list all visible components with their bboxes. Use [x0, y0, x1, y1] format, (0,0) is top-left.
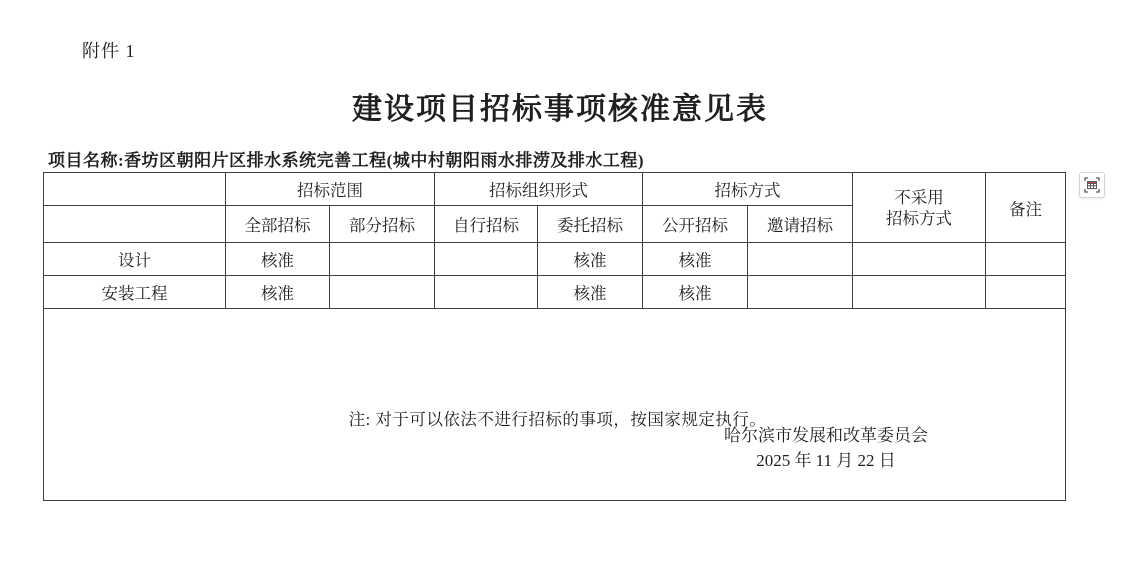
- table-cell: 核准: [226, 243, 330, 276]
- page-title: 建设项目招标事项核准意见表: [0, 84, 1120, 128]
- subheader-invited-bidding: 邀请招标: [748, 206, 853, 243]
- table-cell: [986, 276, 1066, 309]
- project-name-value: 香坊区朝阳片区排水系统完善工程(城中村朝阳雨水排涝及排水工程): [124, 151, 644, 170]
- subheader-open-bidding: 公开招标: [643, 206, 748, 243]
- table-cell: 核准: [226, 276, 330, 309]
- approval-table: 招标范围 招标组织形式 招标方式 不采用 招标方式 备注 全部招标 部分招标 自…: [43, 172, 1066, 501]
- table-cell: [748, 243, 853, 276]
- header-group-organization-form: 招标组织形式: [435, 173, 643, 206]
- subheader-entrusted-bidding: 委托招标: [538, 206, 643, 243]
- header-no-bidding-method: 不采用 招标方式: [853, 173, 986, 243]
- signature-authority: 哈尔滨市发展和改革委员会: [676, 423, 976, 448]
- select-table-icon: [1084, 177, 1100, 193]
- row-label-design: 设计: [44, 243, 226, 276]
- table-row-design: 设计 核准 核准 核准: [44, 243, 1066, 276]
- header-no-bidding-line1: 不采用: [853, 187, 985, 208]
- table-cell: [986, 243, 1066, 276]
- header-group-bidding-scope: 招标范围: [226, 173, 435, 206]
- table-cell: [435, 276, 538, 309]
- header-no-bidding-line2: 招标方式: [853, 208, 985, 229]
- header-empty-cell-bottom: [44, 206, 226, 243]
- header-remarks: 备注: [986, 173, 1066, 243]
- table-cell: [853, 243, 986, 276]
- signature-block: 哈尔滨市发展和改革委员会 2025 年 11 月 22 日: [676, 423, 976, 473]
- header-empty-cell-top: [44, 173, 226, 206]
- table-cell: 核准: [538, 243, 643, 276]
- table-cell: [853, 276, 986, 309]
- project-name-label: 项目名称:: [48, 151, 124, 170]
- table-cell: 核准: [643, 276, 748, 309]
- select-table-button[interactable]: [1079, 172, 1105, 198]
- subheader-full-bidding: 全部招标: [226, 206, 330, 243]
- subheader-self-bidding: 自行招标: [435, 206, 538, 243]
- table-cell: [748, 276, 853, 309]
- project-name-line: 项目名称:香坊区朝阳片区排水系统完善工程(城中村朝阳雨水排涝及排水工程): [48, 146, 644, 171]
- table-cell: [330, 276, 435, 309]
- attachment-label: 附件 1: [82, 37, 136, 63]
- note-cell: 注: 对于可以依法不进行招标的事项，按国家规定执行。 哈尔滨市发展和改革委员会 …: [44, 309, 1066, 501]
- table-cell: [435, 243, 538, 276]
- table-cell: 核准: [538, 276, 643, 309]
- signature-date: 2025 年 11 月 22 日: [676, 448, 976, 473]
- table-cell: [330, 243, 435, 276]
- table-row-installation: 安装工程 核准 核准 核准: [44, 276, 1066, 309]
- table-cell: 核准: [643, 243, 748, 276]
- document-page: 附件 1 建设项目招标事项核准意见表 项目名称:香坊区朝阳片区排水系统完善工程(…: [0, 0, 1130, 588]
- row-label-installation: 安装工程: [44, 276, 226, 309]
- subheader-partial-bidding: 部分招标: [330, 206, 435, 243]
- header-group-bidding-method: 招标方式: [643, 173, 853, 206]
